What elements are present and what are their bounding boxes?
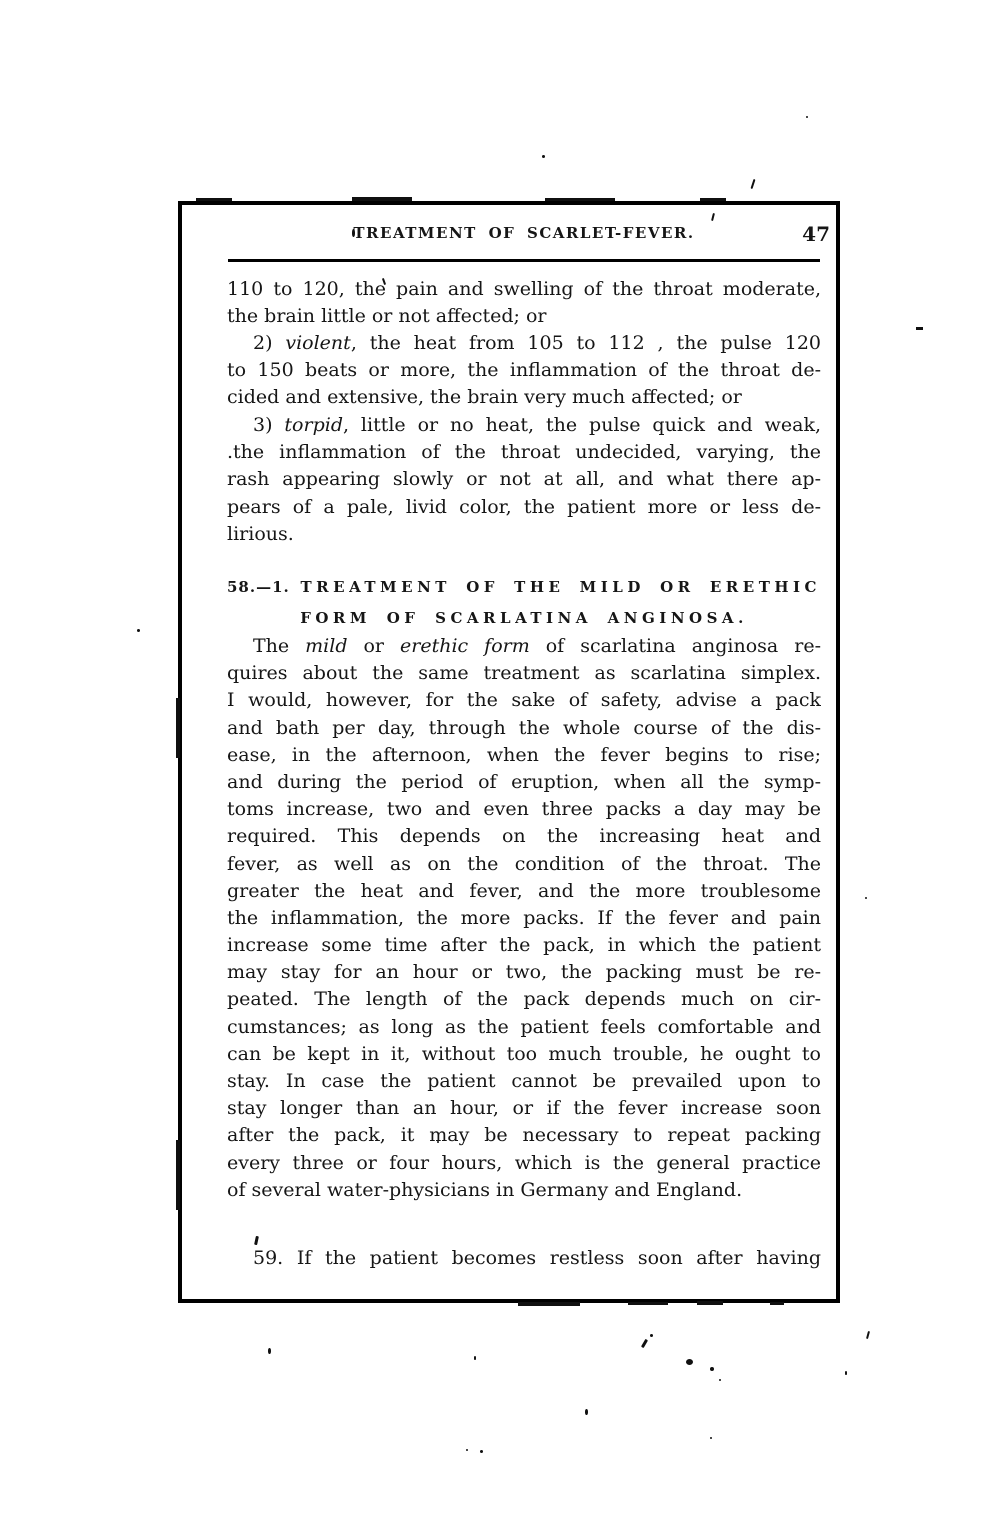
page-number: 47 bbox=[760, 222, 830, 246]
text-line: 59. If the patient becomes restless soon… bbox=[227, 1245, 821, 1272]
text-segment: quires about the same treatment as scarl… bbox=[227, 662, 821, 684]
text-line: may stay for an hour or two, the packing… bbox=[227, 959, 821, 986]
section-heading-line-1: 58.—1. TREATMENT OF THE MILD OR ERETHIC bbox=[227, 572, 821, 603]
text-line: 3) torpid, little or no heat, the pulse … bbox=[227, 412, 821, 439]
text-segment: of scarlatina anginosa re- bbox=[530, 635, 821, 657]
text-segment: to 150 beats or more, the inflammation o… bbox=[227, 359, 821, 381]
ink-speck bbox=[916, 327, 923, 330]
text-segment: and bath per day, through the whole cour… bbox=[227, 717, 821, 739]
text-line: 110 to 120, the pain and swelling of the… bbox=[227, 276, 821, 303]
text-segment: lirious. bbox=[227, 523, 294, 545]
running-header: TREATMENT OF SCARLET-FEVER. bbox=[227, 223, 821, 243]
text-line: can be kept in it, without too much trou… bbox=[227, 1041, 821, 1068]
section-heading-line-2: FORM OF SCARLATINA ANGINOSA. bbox=[227, 603, 821, 634]
text-line: stay. In case the patient cannot be prev… bbox=[227, 1068, 821, 1095]
paragraph-grades-moderate: 110 to 120, the pain and swelling of the… bbox=[227, 276, 821, 330]
text-line: to 150 beats or more, the inflammation o… bbox=[227, 357, 821, 384]
text-line: rash appearing slowly or not at all, and… bbox=[227, 466, 821, 493]
text-segment: fever, as well as on the condition of th… bbox=[227, 853, 821, 875]
text-line: every three or four hours, which is the … bbox=[227, 1150, 821, 1177]
text-segment: pears of a pale, livid color, the patien… bbox=[227, 496, 821, 518]
text-line: stay longer than an hour, or if the feve… bbox=[227, 1095, 821, 1122]
italic-text-segment: mild bbox=[305, 635, 347, 657]
text-line: toms increase, two and even three packs … bbox=[227, 796, 821, 823]
ink-speck bbox=[710, 1367, 714, 1371]
text-line: cided and extensive, the brain very much… bbox=[227, 384, 821, 411]
ink-speck bbox=[710, 1437, 712, 1439]
italic-text-segment: torpid bbox=[284, 414, 343, 436]
text-segment: the brain little or not affected; or bbox=[227, 305, 547, 327]
text-segment: peated. The length of the pack depends m… bbox=[227, 988, 821, 1010]
text-line: and bath per day, through the whole cour… bbox=[227, 715, 821, 742]
text-segment: 59. If the patient becomes restless soon… bbox=[253, 1247, 821, 1269]
text-segment: greater the heat and fever, and the more… bbox=[227, 880, 821, 902]
section-heading-caps: TREATMENT OF THE MILD OR ERETHIC bbox=[301, 578, 821, 596]
header-rule bbox=[228, 259, 820, 262]
text-line: and during the period of eruption, when … bbox=[227, 769, 821, 796]
text-segment: increase some time after the pack, in wh… bbox=[227, 934, 821, 956]
text-line: pears of a pale, livid color, the patien… bbox=[227, 494, 821, 521]
paragraph-treatment-body: The mild or erethic form of scarlatina a… bbox=[227, 633, 821, 1204]
text-line: lirious. bbox=[227, 521, 821, 548]
text-segment: cided and extensive, the brain very much… bbox=[227, 386, 742, 408]
ink-speck bbox=[268, 1348, 271, 1354]
text-line: greater the heat and fever, and the more… bbox=[227, 878, 821, 905]
italic-text-segment: violent bbox=[285, 332, 350, 354]
text-segment: cumstances; as long as the patient feels… bbox=[227, 1016, 821, 1038]
text-segment: 110 to 120, the pain and swelling of the… bbox=[227, 278, 821, 300]
text-segment: 3) bbox=[253, 414, 284, 436]
scanned-book-page: TREATMENT OF SCARLET-FEVER. 47 110 to 12… bbox=[0, 0, 1004, 1529]
text-line: increase some time after the pack, in wh… bbox=[227, 932, 821, 959]
paragraph-violent-form: 2) violent, the heat from 105 to 112 , t… bbox=[227, 330, 821, 412]
ink-speck bbox=[585, 1409, 588, 1415]
text-segment: , the heat from 105 to 112 , the pulse 1… bbox=[351, 332, 821, 354]
ink-speck bbox=[719, 1379, 721, 1381]
ink-speck bbox=[806, 116, 808, 118]
ink-speck bbox=[474, 1356, 476, 1360]
text-line: 2) violent, the heat from 105 to 112 , t… bbox=[227, 330, 821, 357]
text-line: peated. The length of the pack depends m… bbox=[227, 986, 821, 1013]
ink-speck bbox=[480, 1450, 483, 1453]
italic-text-segment: erethic form bbox=[400, 635, 530, 657]
paragraph-torpid-form: 3) torpid, little or no heat, the pulse … bbox=[227, 412, 821, 548]
text-segment: after the pack, it may be necessary to r… bbox=[227, 1124, 821, 1146]
text-segment: , little or no heat, the pulse quick and… bbox=[343, 414, 821, 436]
text-segment: 2) bbox=[253, 332, 285, 354]
section-number: 58.—1. bbox=[227, 578, 290, 596]
ink-speck bbox=[650, 1334, 653, 1337]
ink-speck bbox=[751, 179, 756, 189]
text-segment: toms increase, two and even three packs … bbox=[227, 798, 821, 820]
text-segment: required. This depends on the increasing… bbox=[227, 825, 821, 847]
text-segment: or bbox=[348, 635, 401, 657]
text-line: quires about the same treatment as scarl… bbox=[227, 660, 821, 687]
text-line: the brain little or not affected; or bbox=[227, 303, 821, 330]
text-line: the inflammation, the more packs. If the… bbox=[227, 905, 821, 932]
text-segment: may stay for an hour or two, the packing… bbox=[227, 961, 821, 983]
text-segment: .the inflammation of the throat undecide… bbox=[227, 441, 821, 463]
text-segment: stay longer than an hour, or if the feve… bbox=[227, 1097, 821, 1119]
text-segment: can be kept in it, without too much trou… bbox=[227, 1043, 821, 1065]
text-segment: ease, in the afternoon, when the fever b… bbox=[227, 744, 821, 766]
section-heading: 58.—1. TREATMENT OF THE MILD OR ERETHIC … bbox=[227, 572, 821, 634]
text-segment: rash appearing slowly or not at all, and… bbox=[227, 468, 821, 490]
text-line: required. This depends on the increasing… bbox=[227, 823, 821, 850]
text-segment: every three or four hours, which is the … bbox=[227, 1152, 821, 1174]
text-line: of several water-physicians in Germany a… bbox=[227, 1177, 821, 1204]
text-segment: the inflammation, the more packs. If the… bbox=[227, 907, 821, 929]
ink-speck bbox=[845, 1371, 847, 1375]
text-segment: I would, however, for the sake of safety… bbox=[227, 689, 821, 711]
text-segment: of several water-physicians in Germany a… bbox=[227, 1179, 742, 1201]
ink-speck bbox=[865, 897, 867, 899]
text-line: fever, as well as on the condition of th… bbox=[227, 851, 821, 878]
ink-speck bbox=[466, 1449, 468, 1451]
paragraph-59-opening: 59. If the patient becomes restless soon… bbox=[227, 1245, 821, 1272]
ink-speck bbox=[137, 629, 140, 632]
ink-speck bbox=[686, 1359, 693, 1365]
text-line: cumstances; as long as the patient feels… bbox=[227, 1014, 821, 1041]
text-line: The mild or erethic form of scarlatina a… bbox=[227, 633, 821, 660]
text-segment: The bbox=[253, 635, 305, 657]
text-line: ease, in the afternoon, when the fever b… bbox=[227, 742, 821, 769]
text-line: .the inflammation of the throat undecide… bbox=[227, 439, 821, 466]
ink-speck bbox=[542, 155, 545, 158]
text-line: I would, however, for the sake of safety… bbox=[227, 687, 821, 714]
text-line: after the pack, it may be necessary to r… bbox=[227, 1122, 821, 1149]
text-segment: and during the period of eruption, when … bbox=[227, 771, 821, 793]
text-segment: stay. In case the patient cannot be prev… bbox=[227, 1070, 821, 1092]
ink-speck bbox=[866, 1331, 870, 1339]
ink-speck bbox=[641, 1339, 648, 1348]
